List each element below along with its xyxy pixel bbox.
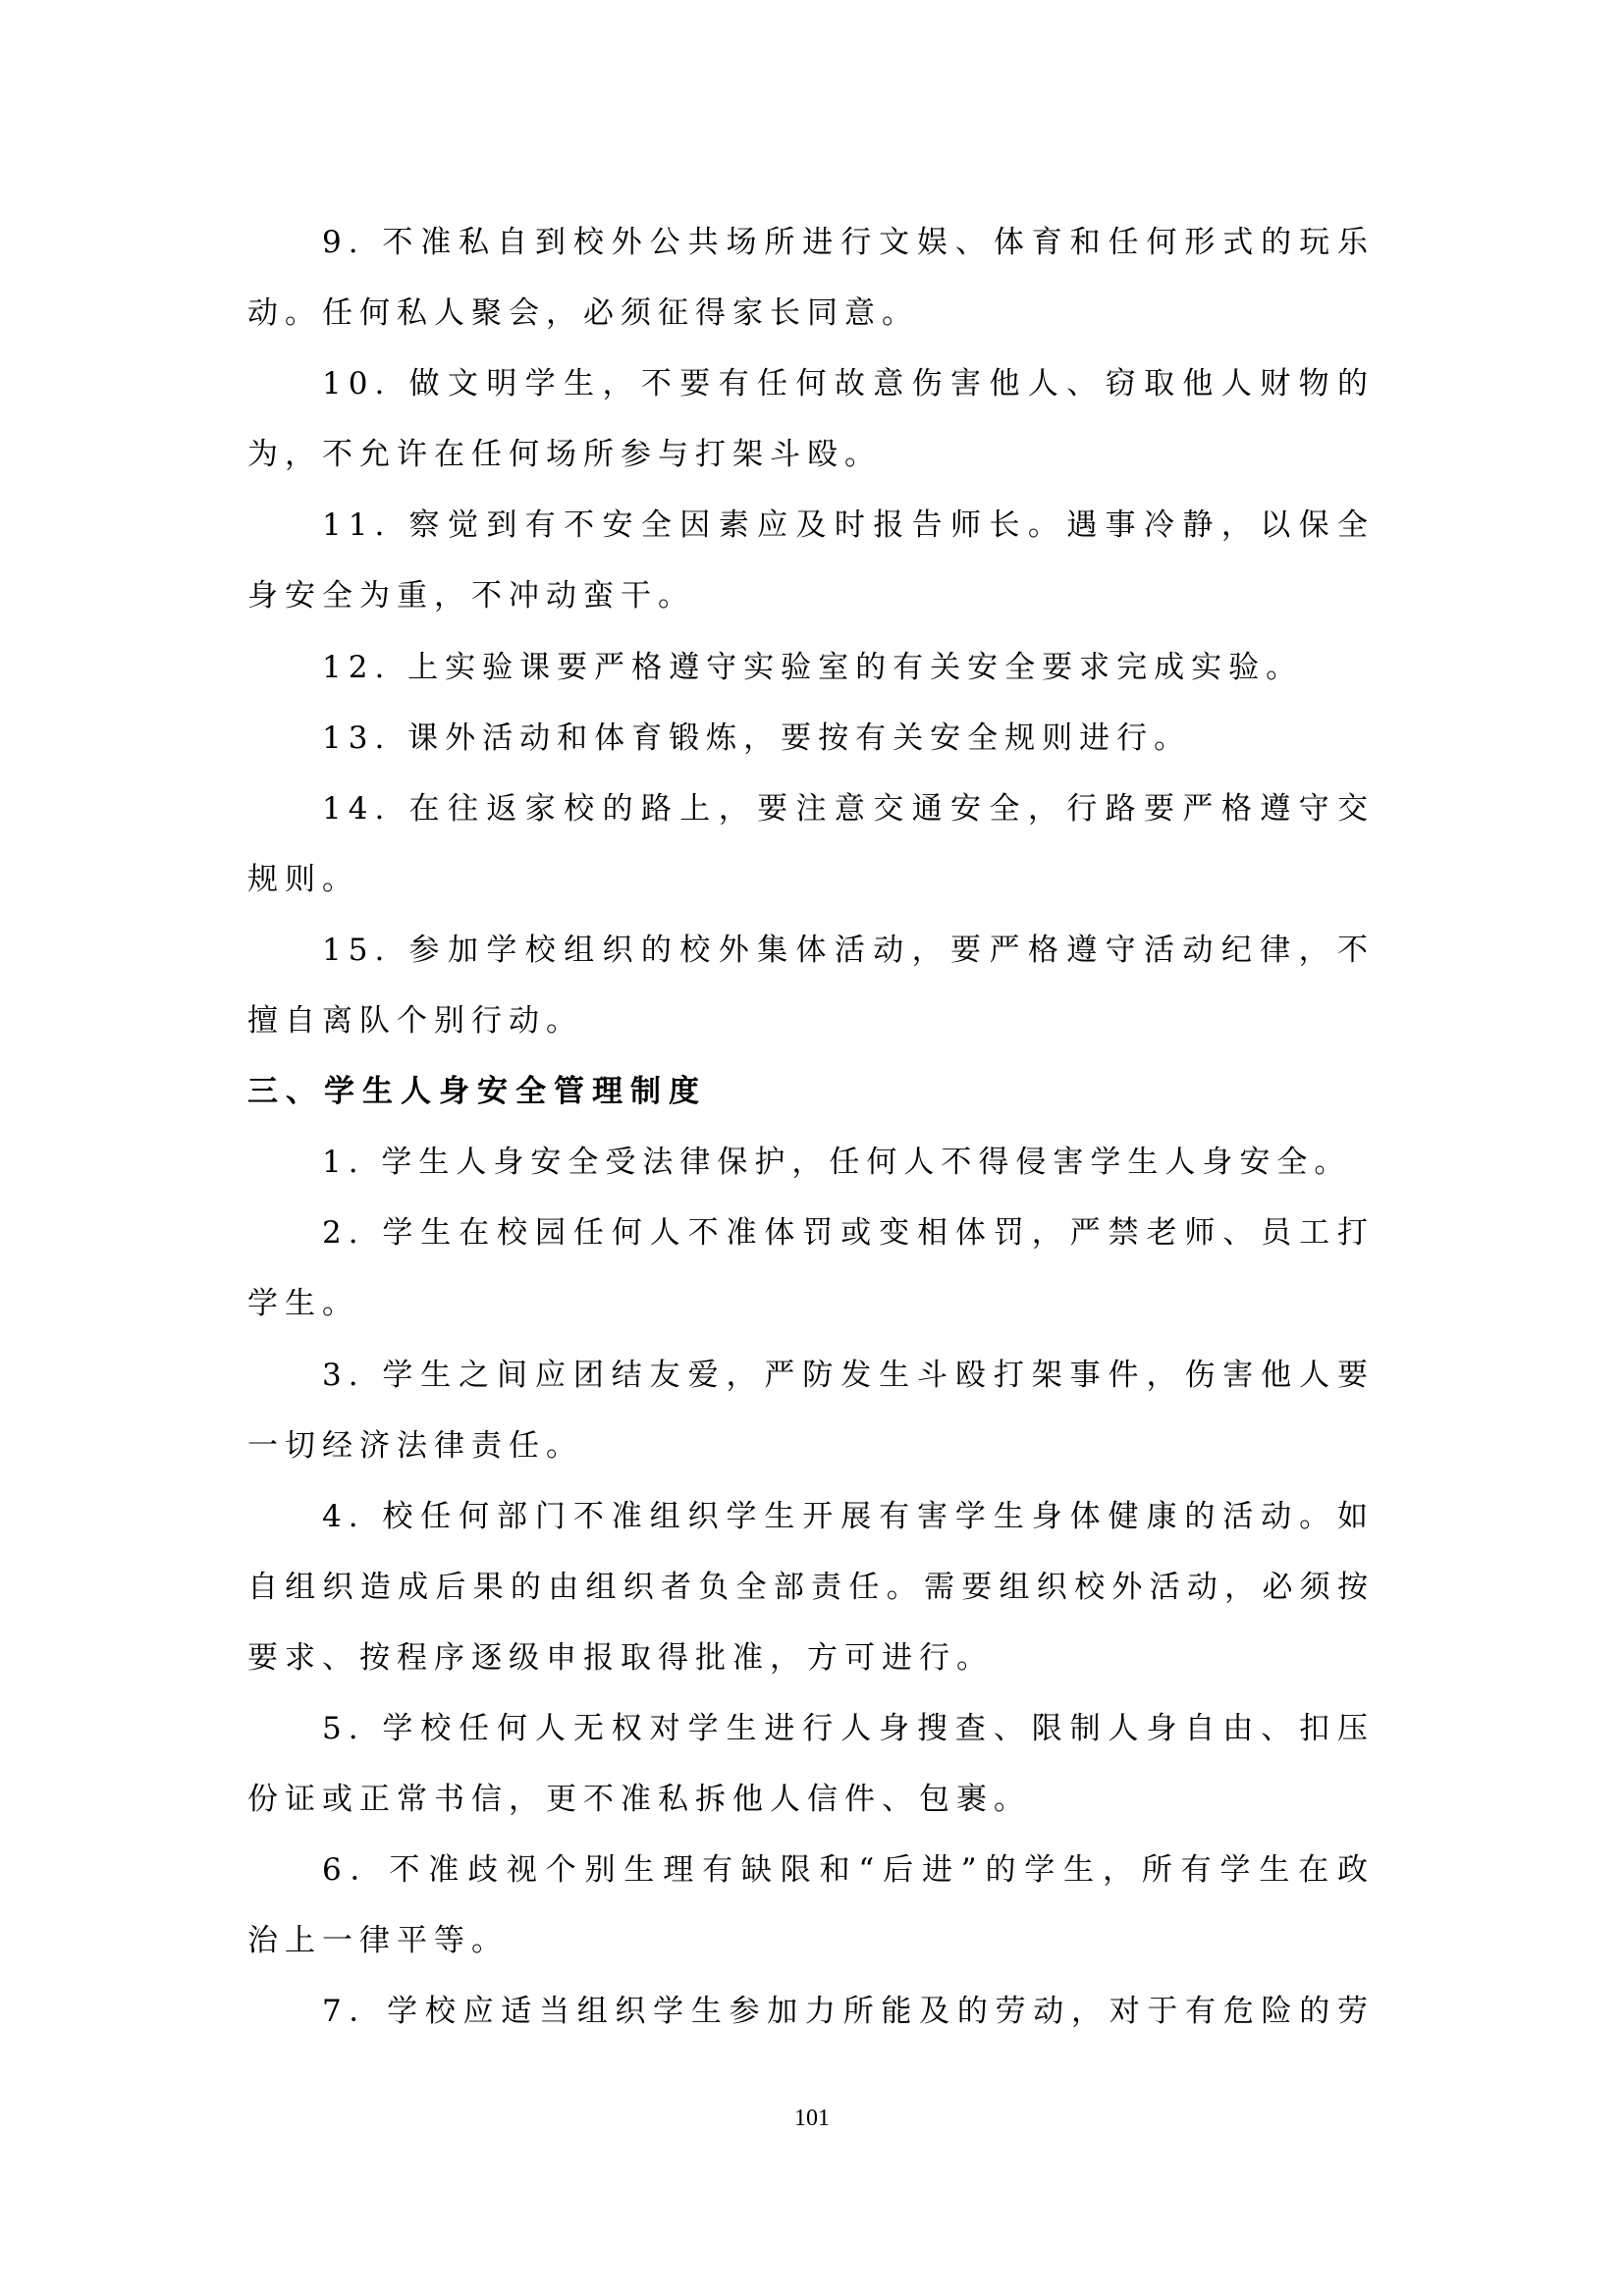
safety-rule-4-line-3: 要求、按程序逐级申报取得批准，方可进行。	[247, 1623, 1375, 1693]
safety-rule-1-line-1: 1. 学生人身安全受法律保护，任何人不得侵害学生人身安全。	[247, 1127, 1375, 1198]
rule-12-line-1: 12. 上实验课要严格遵守实验室的有关安全要求完成实验。	[247, 632, 1375, 703]
safety-rule-6-line-2: 治上一律平等。	[247, 1905, 1375, 1976]
rule-15-line-1: 15. 参加学校组织的校外集体活动，要严格遵守活动纪律，不得	[247, 915, 1375, 986]
rule-10-line-1: 10. 做文明学生，不要有任何故意伤害他人、窃取他人财物的行	[247, 348, 1375, 419]
safety-rule-5-line-1: 5. 学校任何人无权对学生进行人身搜查、限制人身自由、扣压身	[247, 1693, 1375, 1764]
rule-11-line-2: 身安全为重，不冲动蛮干。	[247, 561, 1375, 631]
safety-rule-4-line-2: 自组织造成后果的由组织者负全部责任。需要组织校外活动，必须按	[247, 1552, 1375, 1623]
page-number: 101	[0, 2104, 1624, 2133]
section-heading: 三、学生人身安全管理制度	[247, 1056, 1375, 1127]
rule-13-line-1: 13. 课外活动和体育锻炼，要按有关安全规则进行。	[247, 703, 1375, 774]
safety-rule-4-line-1: 4. 校任何部门不准组织学生开展有害学生身体健康的活动。如擅	[247, 1481, 1375, 1552]
safety-rule-3-line-2: 一切经济法律责任。	[247, 1411, 1375, 1481]
safety-rule-7-line-1: 7．学校应适当组织学生参加力所能及的劳动，对于有危险的劳	[247, 1976, 1375, 2047]
rule-10-line-2: 为，不允许在任何场所参与打架斗殴。	[247, 419, 1375, 490]
safety-rule-6-line-1: 6．不准歧视个别生理有缺限和“后进”的学生，所有学生在政	[247, 1835, 1375, 1905]
rule-9-line-2: 动。任何私人聚会，必须征得家长同意。	[247, 278, 1375, 348]
rule-14-line-1: 14. 在往返家校的路上，要注意交通安全，行路要严格遵守交通	[247, 774, 1375, 844]
safety-rule-2-line-1: 2. 学生在校园任何人不准体罚或变相体罚，严禁老师、员工打骂	[247, 1198, 1375, 1268]
rule-11-line-1: 11. 察觉到有不安全因素应及时报告师长。遇事冷静，以保全自	[247, 490, 1375, 561]
rule-14-line-2: 规则。	[247, 844, 1375, 915]
body-text: 9. 不准私自到校外公共场所进行文娱、体育和任何形式的玩乐活 动。任何私人聚会，…	[247, 207, 1375, 2047]
rule-15-line-2: 擅自离队个别行动。	[247, 986, 1375, 1056]
rule-9-line-1: 9. 不准私自到校外公共场所进行文娱、体育和任何形式的玩乐活	[247, 207, 1375, 278]
safety-rule-2-line-2: 学生。	[247, 1268, 1375, 1339]
document-page: 9. 不准私自到校外公共场所进行文娱、体育和任何形式的玩乐活 动。任何私人聚会，…	[0, 0, 1624, 2296]
safety-rule-5-line-2: 份证或正常书信，更不准私拆他人信件、包裹。	[247, 1764, 1375, 1835]
safety-rule-3-line-1: 3. 学生之间应团结友爱，严防发生斗殴打架事件，伤害他人要负	[247, 1340, 1375, 1411]
